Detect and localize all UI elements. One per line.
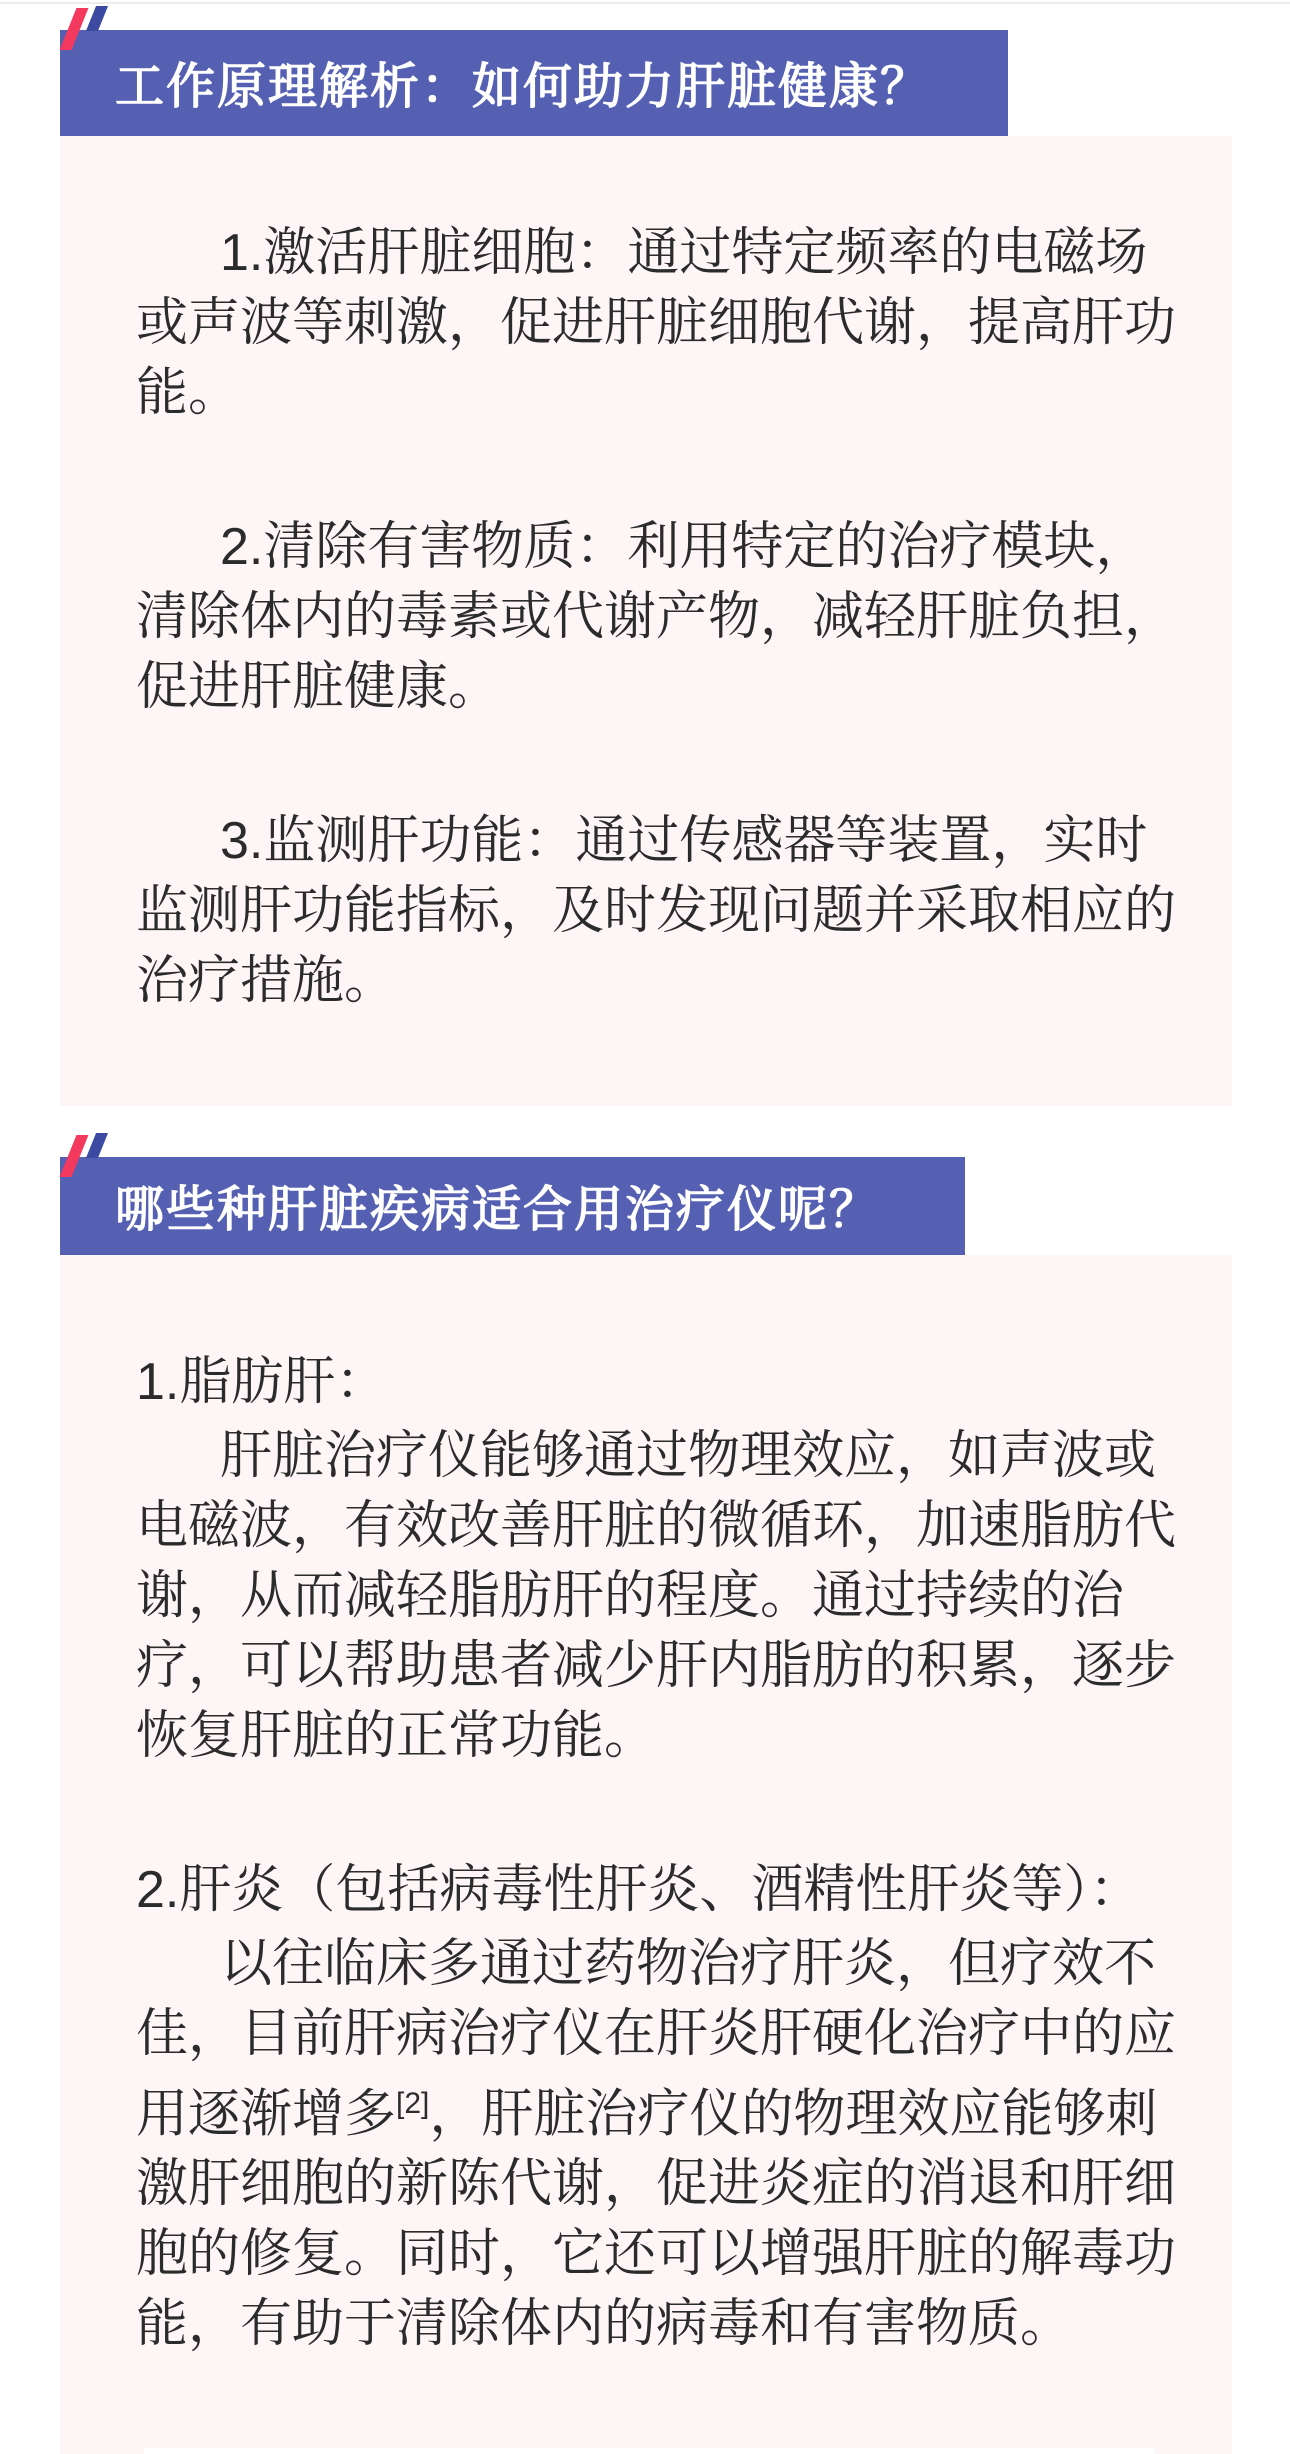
paragraph-monitor-liver-function: 3.监测肝功能：通过传感器等装置，实时 监测肝功能指标，及时发现问题并采取相应的… [136, 806, 1176, 1016]
paragraph-remove-harmful-substances: 2.清除有害物质：利用特定的治疗模块， 清除体内的毒素或代谢产物，减轻肝脏负担，… [136, 512, 1176, 722]
slash-red-icon [60, 1135, 89, 1177]
section-heading-banner: 工作原理解析：如何助力肝脏健康？ [60, 30, 1008, 136]
section-heading-banner: 哪些种肝脏疾病适合用治疗仪呢？ [60, 1157, 965, 1255]
section-title: 工作原理解析：如何助力肝脏健康？ [115, 48, 931, 118]
item-body-hepatitis: 以往临床多通过药物治疗肝炎，但疗效不 佳，目前肝病治疗仪在肝炎肝硬化治疗中的应 … [136, 1929, 1176, 2359]
section-body-panel: 1.脂肪肝： 肝脏治疗仪能够通过物理效应，如声波或 电磁波，有效改善肝脏的微循环… [60, 1255, 1232, 2454]
item-body-fatty-liver: 肝脏治疗仪能够通过物理效应，如声波或 电磁波，有效改善肝脏的微循环，加速脂肪代 … [136, 1421, 1176, 1771]
top-divider [0, 2, 1290, 4]
cutoff-white-card [144, 2448, 1155, 2454]
slash-red-icon [60, 8, 89, 50]
item-label-fatty-liver: 1.脂肪肝： [136, 1347, 1176, 1417]
citation-ref: [2] [396, 2087, 429, 2120]
article-page: 工作原理解析：如何助力肝脏健康？ 1.激活肝脏细胞：通过特定频率的电磁场 或声波… [0, 30, 1290, 2454]
slash-blue-icon [86, 1133, 108, 1158]
paragraph-activate-liver-cells: 1.激活肝脏细胞：通过特定频率的电磁场 或声波等刺激，促进肝脏细胞代谢，提高肝功… [136, 218, 1176, 428]
slash-blue-icon [86, 6, 108, 31]
section-body-panel: 1.激活肝脏细胞：通过特定频率的电磁场 或声波等刺激，促进肝脏细胞代谢，提高肝功… [60, 136, 1232, 1106]
section-working-principle: 工作原理解析：如何助力肝脏健康？ 1.激活肝脏细胞：通过特定频率的电磁场 或声波… [0, 30, 1290, 1106]
section-title: 哪些种肝脏疾病适合用治疗仪呢？ [115, 1171, 880, 1241]
section-applicable-diseases: 哪些种肝脏疾病适合用治疗仪呢？ 1.脂肪肝： 肝脏治疗仪能够通过物理效应，如声波… [0, 1157, 1290, 2454]
item-label-hepatitis: 2.肝炎（包括病毒性肝炎、酒精性肝炎等）： [136, 1855, 1176, 1925]
